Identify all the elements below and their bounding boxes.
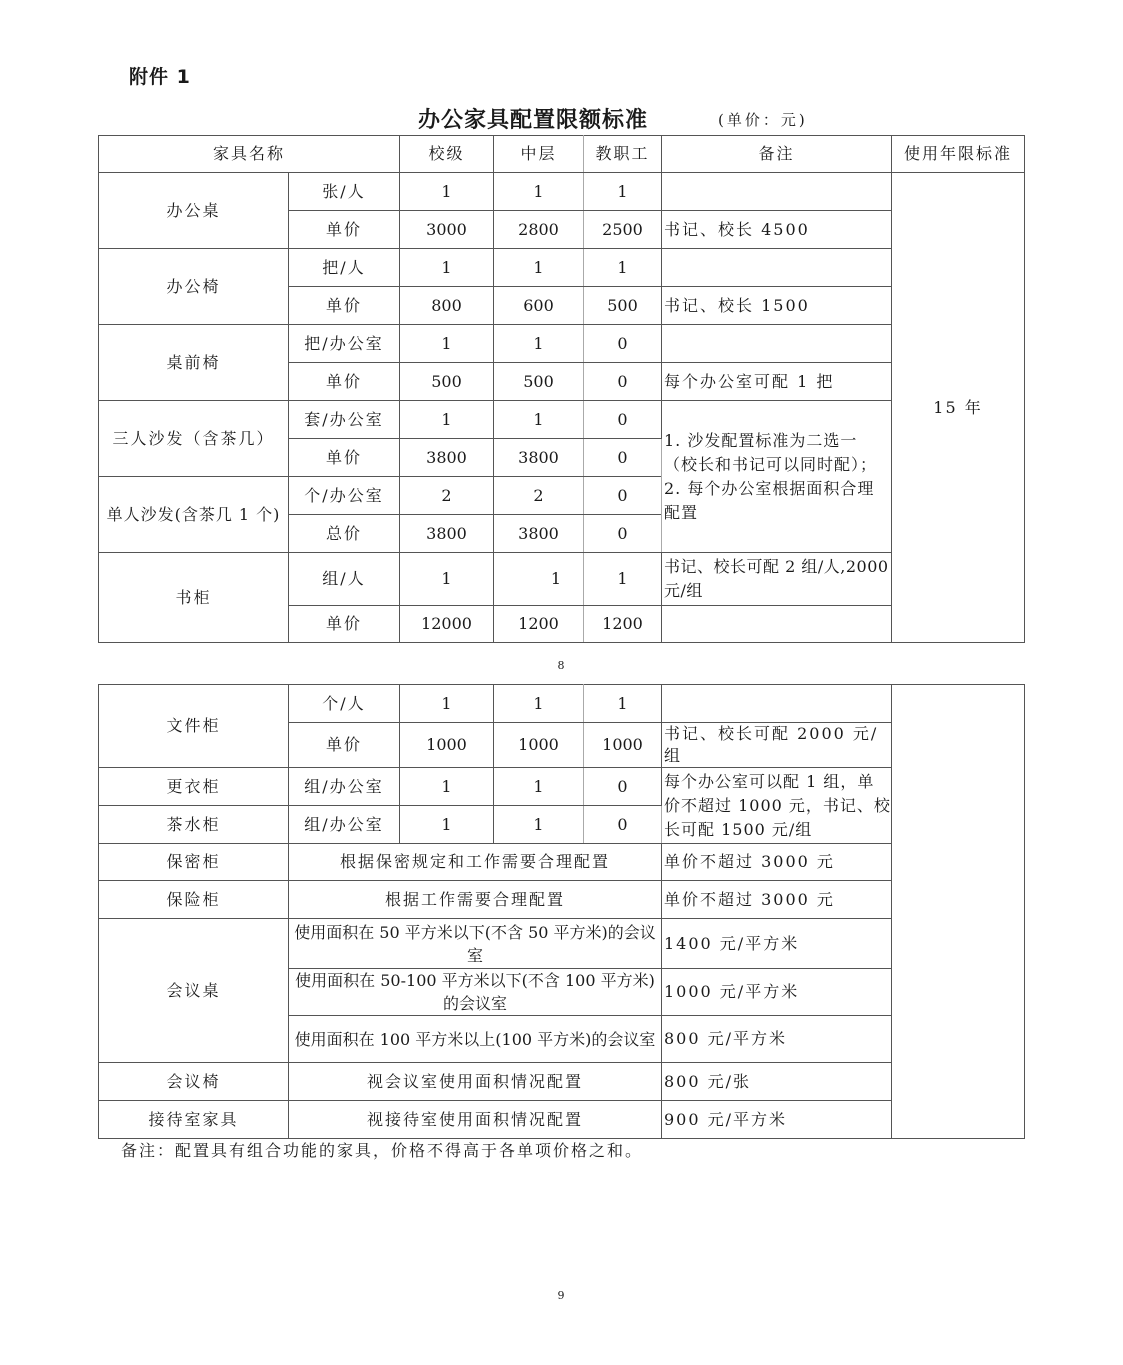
staff-cell: 1 [584, 553, 662, 606]
table-row: 三人沙发（含茶几） 套/办公室 1 1 0 1. 沙发配置标准为二选一（校长和书… [99, 401, 1025, 439]
school-cell: 1 [400, 173, 494, 211]
item-name: 茶水柜 [99, 806, 289, 844]
desc-cell: 根据保密规定和工作需要合理配置 [289, 844, 662, 881]
item-name: 会议椅 [99, 1063, 289, 1101]
table-row: 办公桌 张/人 1 1 1 15 年 [99, 173, 1025, 211]
middle-cell: 1000 [494, 723, 584, 768]
attachment-label: 附件 1 [129, 62, 191, 89]
unit-cell: 总价 [289, 515, 400, 553]
school-cell: 1 [400, 401, 494, 439]
unit-cell: 把/办公室 [289, 325, 400, 363]
item-name: 单人沙发(含茶几 1 个) [99, 477, 289, 553]
staff-cell: 2500 [584, 211, 662, 249]
item-name: 保险柜 [99, 881, 289, 919]
table-row: 书柜 组/人 1 1 1 书记、校长可配 2 组/人,2000 元/组 [99, 553, 1025, 606]
staff-cell: 0 [584, 515, 662, 553]
header-school: 校级 [400, 136, 494, 173]
staff-cell: 0 [584, 363, 662, 401]
staff-cell: 0 [584, 439, 662, 477]
table-row: 办公椅 把/人 1 1 1 [99, 249, 1025, 287]
middle-cell: 1 [494, 768, 584, 806]
table-row: 文件柜 个/人 1 1 1 [99, 685, 1025, 723]
note-cell [662, 173, 892, 211]
table-row: 保险柜 根据工作需要合理配置 单价不超过 3000 元 [99, 881, 1025, 919]
table-row: 更衣柜 组/办公室 1 1 0 每个办公室可以配 1 组，单价不超过 1000 … [99, 768, 1025, 806]
school-cell: 1 [400, 325, 494, 363]
note-cell [662, 325, 892, 363]
unit-cell: 个/人 [289, 685, 400, 723]
middle-cell: 2800 [494, 211, 584, 249]
item-name: 文件柜 [99, 685, 289, 768]
middle-cell: 2 [494, 477, 584, 515]
school-cell: 500 [400, 363, 494, 401]
table-row: 会议桌 使用面积在 50 平方米以下(不含 50 平方米)的会议室 1400 元… [99, 919, 1025, 969]
furniture-table-part1: 家具名称 校级 中层 教职工 备注 使用年限标准 办公桌 张/人 1 1 1 1… [98, 135, 1025, 643]
note-cell: 单价不超过 3000 元 [662, 844, 892, 881]
unit-cell: 组/办公室 [289, 768, 400, 806]
item-name: 桌前椅 [99, 325, 289, 401]
header-note: 备注 [662, 136, 892, 173]
school-cell: 1 [400, 685, 494, 723]
note-cell: 900 元/平方米 [662, 1101, 892, 1139]
middle-cell: 3800 [494, 515, 584, 553]
note-cell: 单价不超过 3000 元 [662, 881, 892, 919]
middle-cell: 1 [494, 325, 584, 363]
school-cell: 800 [400, 287, 494, 325]
table-row: 桌前椅 把/办公室 1 1 0 [99, 325, 1025, 363]
unit-cell: 组/办公室 [289, 806, 400, 844]
note-cell: 每个办公室可配 1 把 [662, 363, 892, 401]
staff-cell: 1 [584, 173, 662, 211]
school-cell: 3800 [400, 515, 494, 553]
page-number: 8 [551, 659, 571, 672]
staff-cell: 0 [584, 768, 662, 806]
header-staff: 教职工 [584, 136, 662, 173]
staff-cell: 0 [584, 806, 662, 844]
school-cell: 1 [400, 249, 494, 287]
unit-cell: 单价 [289, 363, 400, 401]
note-cell: 书记、校长可配 2 组/人,2000 元/组 [662, 553, 892, 606]
lifespan-cell-empty [892, 685, 1025, 1139]
staff-cell: 0 [584, 325, 662, 363]
unit-cell: 组/人 [289, 553, 400, 606]
unit-cell: 单价 [289, 439, 400, 477]
note-cell [662, 606, 892, 643]
page-number: 9 [551, 1289, 571, 1302]
note-cell: 每个办公室可以配 1 组，单价不超过 1000 元，书记、校长可配 1500 元… [662, 768, 892, 844]
unit-cell: 单价 [289, 287, 400, 325]
unit-cell: 单价 [289, 606, 400, 643]
item-name: 保密柜 [99, 844, 289, 881]
item-name: 更衣柜 [99, 768, 289, 806]
unit-cell: 单价 [289, 723, 400, 768]
middle-cell: 1 [494, 173, 584, 211]
page-title: 办公家具配置限额标准 [418, 103, 648, 134]
school-cell: 1 [400, 806, 494, 844]
lifespan-cell: 15 年 [892, 173, 1025, 643]
item-name: 办公桌 [99, 173, 289, 249]
school-cell: 1 [400, 553, 494, 606]
furniture-table-part2: 文件柜 个/人 1 1 1 单价 1000 1000 1000 书记、校长可配 … [98, 684, 1025, 1139]
staff-cell: 1200 [584, 606, 662, 643]
middle-cell: 1 [494, 249, 584, 287]
middle-cell: 600 [494, 287, 584, 325]
middle-cell: 500 [494, 363, 584, 401]
desc-cell: 使用面积在 50 平方米以下(不含 50 平方米)的会议室 [289, 919, 662, 969]
note-cell [662, 249, 892, 287]
sofa-note-cell: 1. 沙发配置标准为二选一（校长和书记可以同时配）；2. 每个办公室根据面积合理… [662, 401, 892, 553]
note-cell: 800 元/平方米 [662, 1016, 892, 1063]
desc-cell: 使用面积在 50-100 平方米以下(不含 100 平方米)的会议室 [289, 969, 662, 1016]
unit-note: (单价：元) [718, 109, 808, 130]
staff-cell: 1 [584, 249, 662, 287]
header-name: 家具名称 [99, 136, 400, 173]
school-cell: 12000 [400, 606, 494, 643]
unit-cell: 个/办公室 [289, 477, 400, 515]
school-cell: 1000 [400, 723, 494, 768]
item-name: 接待室家具 [99, 1101, 289, 1139]
note-cell: 1000 元/平方米 [662, 969, 892, 1016]
header-lifespan: 使用年限标准 [892, 136, 1025, 173]
table-row: 保密柜 根据保密规定和工作需要合理配置 单价不超过 3000 元 [99, 844, 1025, 881]
staff-cell: 1 [584, 685, 662, 723]
school-cell: 3000 [400, 211, 494, 249]
item-name: 书柜 [99, 553, 289, 643]
note-cell: 书记、校长 1500 [662, 287, 892, 325]
middle-cell: 1 [494, 553, 584, 606]
header-middle: 中层 [494, 136, 584, 173]
header-row: 家具名称 校级 中层 教职工 备注 使用年限标准 [99, 136, 1025, 173]
unit-cell: 单价 [289, 211, 400, 249]
middle-cell: 1 [494, 401, 584, 439]
middle-cell: 1 [494, 806, 584, 844]
note-cell: 书记、校长可配 2000 元/组 [662, 723, 892, 768]
desc-cell: 根据工作需要合理配置 [289, 881, 662, 919]
middle-cell: 1200 [494, 606, 584, 643]
desc-cell: 视接待室使用面积情况配置 [289, 1101, 662, 1139]
desc-cell: 视会议室使用面积情况配置 [289, 1063, 662, 1101]
middle-cell: 3800 [494, 439, 584, 477]
note-cell: 1400 元/平方米 [662, 919, 892, 969]
item-name: 三人沙发（含茶几） [99, 401, 289, 477]
unit-cell: 把/人 [289, 249, 400, 287]
item-name: 办公椅 [99, 249, 289, 325]
desc-cell: 使用面积在 100 平方米以上(100 平方米)的会议室 [289, 1016, 662, 1063]
item-name: 会议桌 [99, 919, 289, 1063]
staff-cell: 0 [584, 477, 662, 515]
note-cell: 书记、校长 4500 [662, 211, 892, 249]
note-cell: 800 元/张 [662, 1063, 892, 1101]
unit-cell: 套/办公室 [289, 401, 400, 439]
note-cell [662, 685, 892, 723]
middle-cell: 1 [494, 685, 584, 723]
staff-cell: 500 [584, 287, 662, 325]
school-cell: 2 [400, 477, 494, 515]
footnote: 备注：配置具有组合功能的家具，价格不得高于各单项价格之和。 [121, 1138, 643, 1161]
table-row: 会议椅 视会议室使用面积情况配置 800 元/张 [99, 1063, 1025, 1101]
staff-cell: 1000 [584, 723, 662, 768]
table-row: 接待室家具 视接待室使用面积情况配置 900 元/平方米 [99, 1101, 1025, 1139]
unit-cell: 张/人 [289, 173, 400, 211]
staff-cell: 0 [584, 401, 662, 439]
school-cell: 3800 [400, 439, 494, 477]
school-cell: 1 [400, 768, 494, 806]
